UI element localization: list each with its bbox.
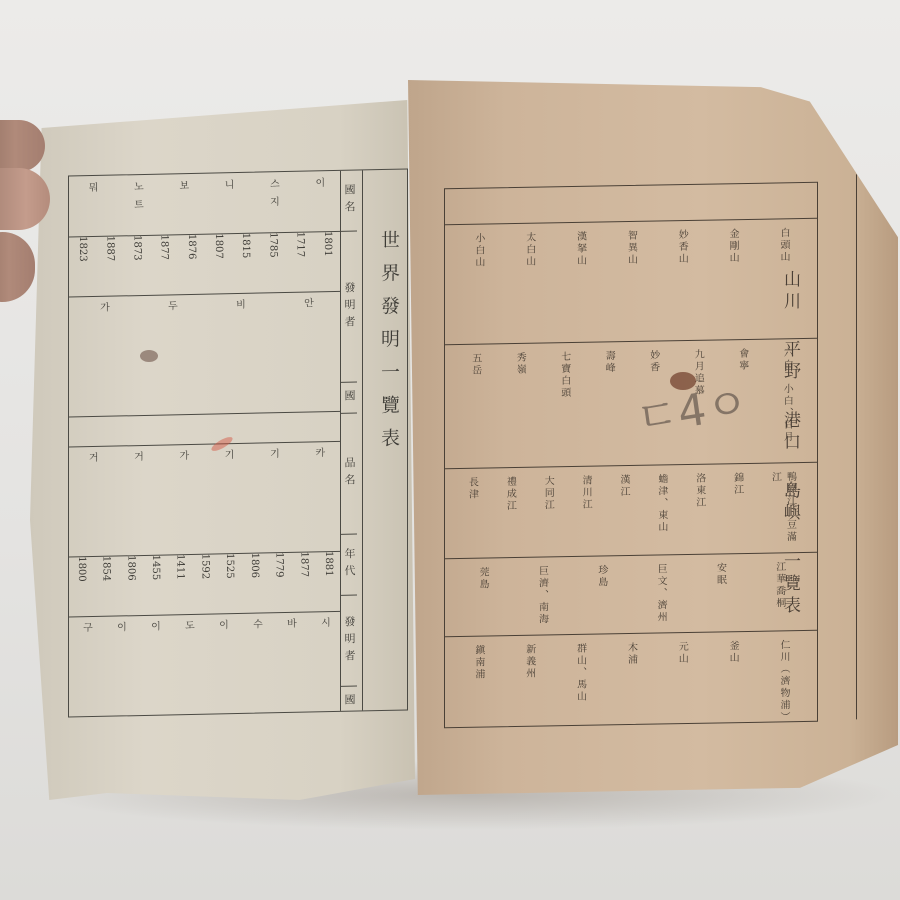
cell: 바 xyxy=(283,612,298,712)
header-cell: 年代 xyxy=(341,535,357,596)
year-cell: 1877 xyxy=(298,552,309,612)
section-2-years: 1881 1877 1779 1806 1525 1592 1411 1455 … xyxy=(69,551,341,618)
islands-row: 江華喬桐 安眠 巨文、濟州 珍島 巨濟、南海 莞島 xyxy=(445,553,817,637)
cell: 거 xyxy=(129,445,144,555)
section-2-names: 카 기 기 가 거 거 xyxy=(69,441,341,558)
geography-table: 白頭山 金剛山 妙香山 智異山 漢拏山 太白山 小白山 六白、小白、日月 會寧 … xyxy=(444,182,818,729)
year-cell: 1881 xyxy=(323,551,334,611)
year-cell: 1877 xyxy=(159,234,170,294)
year-cell: 1785 xyxy=(267,232,278,292)
left-page: 世界發明一覽表 國名 發明者 國 品名 年代 發明者 國 이 스지 니 보 노트… xyxy=(30,100,415,800)
cell: 니 xyxy=(220,173,235,233)
mountains-row: 白頭山 金剛山 妙香山 智異山 漢拏山 太白山 小白山 xyxy=(445,219,817,345)
header-cell: 國 xyxy=(341,383,357,414)
year-cell: 1887 xyxy=(104,236,115,296)
cell: 錦江 xyxy=(730,472,745,553)
cell: 禮成江 xyxy=(502,476,517,557)
year-cell: 1411 xyxy=(175,554,186,614)
year-cell: 1873 xyxy=(131,235,142,295)
section-1-countries: 이 스지 니 보 노트 뭐 xyxy=(69,171,341,238)
cell: 도 xyxy=(181,614,196,714)
cell: 이 xyxy=(215,613,230,713)
finger xyxy=(0,232,35,302)
cell: 가 xyxy=(175,444,190,554)
cell: 뭐 xyxy=(84,176,99,236)
cell: 五岳 xyxy=(468,353,483,468)
cell: 金剛山 xyxy=(725,228,740,339)
cell: 長津 xyxy=(464,477,479,558)
right-page: 白頭山 金剛山 妙香山 智異山 漢拏山 太白山 小白山 六白、小白、日月 會寧 … xyxy=(408,80,898,795)
cell: 釜山 xyxy=(725,640,740,722)
section-3-names: 시 바 수 이 도 이 이 구 xyxy=(69,611,341,717)
cell: 蟾津、東山 xyxy=(654,473,669,554)
year-cell: 1779 xyxy=(274,552,285,612)
header-cell: 發明者 xyxy=(341,232,357,383)
cell: 智異山 xyxy=(623,230,638,341)
year-cell: 1815 xyxy=(240,233,251,293)
year-cell: 1800 xyxy=(76,556,87,616)
cell: 群山、馬山 xyxy=(573,643,588,725)
cell: 七寶白頭 xyxy=(557,351,572,466)
cell: 거 xyxy=(84,446,99,556)
cell: 巨文、濟州 xyxy=(653,563,668,632)
stain xyxy=(140,350,158,362)
cell: 漢拏山 xyxy=(573,231,588,342)
cell: 수 xyxy=(249,612,264,712)
year-cell: 1854 xyxy=(101,556,112,616)
cell: 秀嶺 xyxy=(512,352,527,467)
header-column: 國名 發明者 國 品名 年代 發明者 國 xyxy=(340,170,363,710)
year-cell: 1807 xyxy=(213,233,224,293)
cell: 木浦 xyxy=(623,642,638,724)
cell: 이 xyxy=(113,615,128,715)
header-cell: 發明者 xyxy=(341,596,357,687)
cell: 시 xyxy=(317,611,332,711)
year-cell: 1806 xyxy=(125,555,136,615)
header-cell: 國名 xyxy=(341,171,357,232)
section-1-years: 1801 1717 1785 1815 1807 1876 1877 1873 … xyxy=(69,231,341,298)
year-cell: 1801 xyxy=(322,231,333,291)
cell: 太白山 xyxy=(522,232,537,343)
cell: 洛東江 xyxy=(692,473,707,554)
cell: 구 xyxy=(79,616,94,716)
cell: 仁川（濟物浦） xyxy=(776,639,791,721)
cell: 小白山 xyxy=(471,233,486,344)
cell: 鎭南浦 xyxy=(471,645,486,727)
cell: 安眠 xyxy=(712,562,727,631)
cell: 가 xyxy=(96,296,111,416)
cell: 大同江 xyxy=(540,475,555,556)
cell: 漢江 xyxy=(616,474,631,555)
header-cell: 國 xyxy=(341,687,357,717)
cell: 기 xyxy=(265,442,280,552)
year-cell: 1592 xyxy=(199,554,210,614)
cell: 妙香山 xyxy=(674,229,689,340)
cell: 元山 xyxy=(674,641,689,723)
cell: 珍島 xyxy=(594,564,609,633)
cell: 노트 xyxy=(129,175,144,235)
cell: 스지 xyxy=(265,172,280,232)
cell: 안 xyxy=(300,291,315,411)
inventions-table: 世界發明一覽表 國名 發明者 國 品名 年代 發明者 國 이 스지 니 보 노트… xyxy=(68,168,408,717)
cell: 비 xyxy=(232,293,247,413)
year-cell: 1823 xyxy=(77,236,88,296)
year-cell: 1455 xyxy=(150,555,161,615)
cell: 莞島 xyxy=(475,566,490,635)
cell: 이 xyxy=(311,171,326,231)
cell: 壽峰 xyxy=(601,350,616,465)
section-1-names: 안 비 두 가 xyxy=(69,291,341,418)
cell: 보 xyxy=(175,174,190,234)
cell: 巨濟、南海 xyxy=(534,565,549,634)
plains-row: 六白、小白、日月 會寧 九月追慕 妙香 壽峰 七寶白頭 秀嶺 五岳 xyxy=(445,339,817,469)
rivers-row: 鴨綠江、豆滿江 錦江 洛東江 蟾津、東山 漢江 清川江 大同江 禮成江 長津 xyxy=(445,463,817,559)
cell: 新義州 xyxy=(522,644,537,726)
right-page-title: 山川 平野 港口 島嶼 一覽表 xyxy=(778,270,803,634)
hand xyxy=(0,120,50,310)
ports-row: 仁川（濟物浦） 釜山 元山 木浦 群山、馬山 新義州 鎭南浦 xyxy=(445,631,817,727)
header-cell: 品名 xyxy=(341,414,357,535)
thumb xyxy=(0,168,50,230)
finger xyxy=(0,120,45,172)
left-page-title: 世界發明一覽表 xyxy=(376,230,403,462)
cell: 카 xyxy=(311,441,326,551)
title-column: 世界發明一覽表 xyxy=(362,169,407,710)
cell: 清川江 xyxy=(578,475,593,556)
table-body: 이 스지 니 보 노트 뭐 1801 1717 1785 1815 1807 1… xyxy=(69,171,341,717)
cell: 두 xyxy=(164,294,179,414)
cell: 이 xyxy=(147,615,162,715)
cell: 기 xyxy=(220,443,235,553)
year-cell: 1876 xyxy=(186,234,197,294)
year-cell: 1525 xyxy=(224,553,235,613)
stain xyxy=(670,372,696,390)
year-cell: 1806 xyxy=(249,553,260,613)
year-cell: 1717 xyxy=(295,232,306,292)
